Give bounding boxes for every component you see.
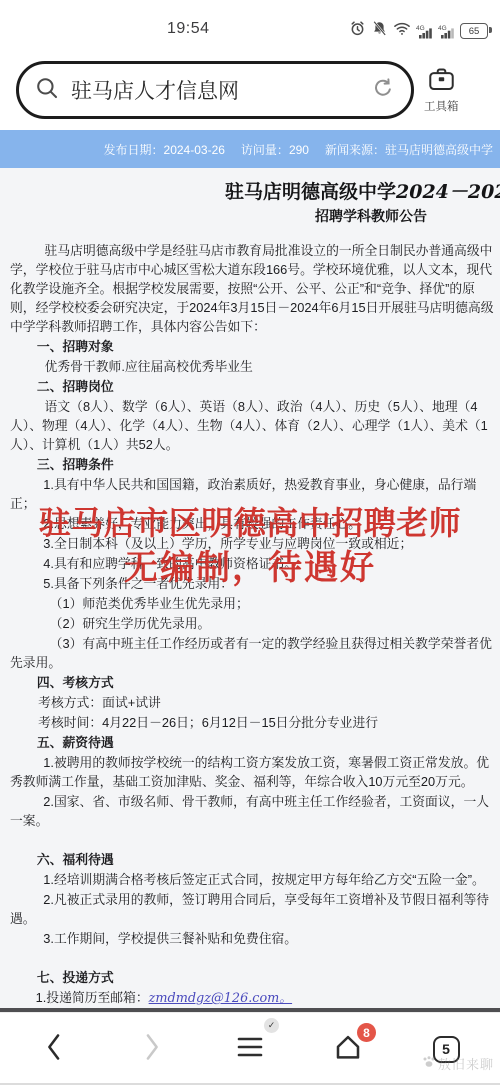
doc-line-text: 2.凡被正式录用的教师，签订聘用合同后，享受每年工资增补及节假日福利等待遇。	[10, 892, 489, 926]
alarm-icon	[349, 20, 366, 42]
doc-line-text: 1.被聘用的教师按学校统一的结构工资方案发放工资，寒暑假工资正常发放。优秀教师满…	[10, 755, 489, 789]
doc-line-text: 三、招聘条件	[37, 457, 114, 472]
notification-muted-icon	[371, 20, 388, 42]
doc-line: 2.凡被正式录用的教师，签订聘用合同后，享受每年工资增补及节假日福利等待遇。	[10, 890, 499, 929]
doc-line: 七、投递方式	[10, 968, 499, 988]
mobile-browser-screen: { "colors": { "info_bar_bg": "#86b4ec", …	[0, 0, 500, 1085]
watermark: 敖旧来聊	[422, 1054, 494, 1073]
doc-line-text: 优秀骨干教师.应往届高校优秀毕业生	[45, 359, 253, 374]
doc-line	[10, 949, 499, 968]
doc-line: 二、招聘岗位	[10, 377, 499, 397]
toolbox-icon	[427, 66, 456, 97]
search-query-text: 驻马店人才信息网	[71, 75, 371, 105]
toolbox-label: 工具箱	[424, 98, 459, 114]
doc-line-text: 七、投递方式	[37, 970, 114, 985]
doc-line: 1.投递简历至邮箱：zmdmdgz@126.com。	[10, 988, 499, 1008]
doc-body: 驻马店明德高级中学是经驻马店市教育局批准设立的一所全日制民办普通高级中学，学校位…	[10, 241, 499, 1012]
overlay-line2: 无编制，待遇好	[0, 546, 500, 590]
doc-line-text: （2）研究生学历优先录用。	[50, 616, 211, 631]
refresh-icon[interactable]	[371, 76, 395, 105]
back-button[interactable]	[32, 1027, 76, 1071]
doc-title-years: 2024－2025	[396, 181, 500, 203]
doc-line: 优秀骨干教师.应往届高校优秀毕业生	[10, 357, 499, 377]
battery-level-text: 65	[469, 26, 480, 37]
doc-line: 1.经培训期满合格考核后签定正式合同，按规定甲方每年给乙方交“五险一金”。	[10, 870, 499, 890]
doc-title-school: 驻马店明德高级中学	[225, 182, 396, 203]
signal-sim2-icon: 4G	[438, 24, 455, 39]
doc-line-text: 语文（8人）、数学（6人）、英语（8人）、政治（4人）、历史（5人）、地理（4人…	[10, 399, 488, 452]
doc-line: （3）有高中班主任工作经历或者有一定的教学经验且获得过相关教学荣誉者优先录用。	[10, 634, 499, 673]
doc-line: 1.被聘用的教师按学校统一的结构工资方案发放工资，寒暑假工资正常发放。优秀教师满…	[10, 753, 499, 792]
doc-line-text: 1.投递简历至邮箱：	[36, 990, 149, 1005]
article-info-bar: 发布日期：2024-03-26 访问量：290 新闻来源：驻马店明德高级中学	[0, 130, 500, 168]
home-badge: 8	[357, 1023, 376, 1042]
doc-line-text: 1.经培训期满合格考核后签定正式合同，按规定甲方每年给乙方交“五险一金”。	[43, 872, 485, 887]
doc-line: （1）师范类优秀毕业生优先录用；	[10, 594, 499, 614]
doc-line: 3.工作期间，学校提供三餐补贴和免费住宿。	[10, 929, 499, 949]
home-button[interactable]: 8	[326, 1027, 370, 1071]
red-overlay-text: 驻马店市区明德高中招聘老师 无编制，待遇好	[0, 501, 500, 590]
doc-line: 一、招聘对象	[10, 337, 499, 357]
doc-line-text: 二、招聘岗位	[37, 379, 114, 394]
doc-line-text: 驻马店明德高级中学是经驻马店市教育局批准设立的一所全日制民办普通高级中学，学校位…	[10, 243, 494, 334]
menu-check-badge: ✓	[264, 1018, 279, 1033]
doc-line: 语文（8人）、数学（6人）、英语（8人）、政治（4人）、历史（5人）、地理（4人…	[10, 397, 499, 455]
doc-line: 三、招聘条件	[10, 455, 499, 475]
doc-line-text: 六、福利待遇	[37, 852, 114, 867]
doc-line-text: 考核时间：4月22日－26日；6月12日－15日分批分专业进行	[38, 715, 378, 730]
doc-line-text: 2.国家、省、市级名师、骨干教师，有高中班主任工作经验者，工资面议，一人一案。	[10, 794, 489, 828]
doc-line: 考核方式：面试+试讲	[10, 693, 499, 713]
wifi-icon	[393, 21, 411, 41]
status-icons: 4G 4G 65	[349, 20, 488, 42]
doc-line: 六、福利待遇	[10, 850, 499, 870]
menu-icon	[236, 1035, 264, 1064]
publish-date: 发布日期：2024-03-26	[104, 141, 225, 158]
browser-toolbar: 驻马店人才信息网 工具箱	[0, 50, 500, 130]
status-bar: 19:54 4G	[0, 0, 500, 50]
doc-line: 四、考核方式	[10, 673, 499, 693]
forward-icon	[139, 1032, 165, 1067]
doc-line-text: 四、考核方式	[37, 675, 114, 690]
announcement-document: 驻马店明德高级中学2024－2025 招聘学科教师公告 驻马店明德高级中学是经驻…	[0, 168, 500, 1012]
battery-indicator: 65	[460, 23, 488, 39]
clock-text: 19:54	[167, 20, 210, 38]
doc-line-text: （1）师范类优秀毕业生优先录用；	[50, 596, 249, 611]
svg-text:4G: 4G	[438, 25, 447, 32]
overlay-line1: 驻马店市区明德高中招聘老师	[0, 501, 500, 546]
news-source: 新闻来源：驻马店明德高级中学	[325, 141, 493, 158]
toolbox-button[interactable]: 工具箱	[424, 66, 459, 114]
doc-line: （2）研究生学历优先录用。	[10, 614, 499, 634]
search-input[interactable]: 驻马店人才信息网	[16, 61, 414, 119]
signal-sim1-icon: 4G	[416, 24, 433, 39]
menu-button[interactable]: ✓	[228, 1027, 272, 1071]
doc-line-text: 3.工作期间，学校提供三餐补贴和免费住宿。	[43, 931, 297, 946]
doc-line-text: 考核方式：面试+试讲	[38, 695, 161, 710]
search-icon	[34, 75, 60, 106]
doc-line: 驻马店明德高级中学是经驻马店市教育局批准设立的一所全日制民办普通高级中学，学校位…	[10, 241, 499, 337]
visit-count: 访问量：290	[241, 141, 309, 158]
bottom-nav-bar: ✓ 8 5 敖旧来聊	[0, 1012, 500, 1085]
doc-line	[10, 831, 499, 850]
forward-button[interactable]	[130, 1027, 174, 1071]
back-icon	[41, 1032, 67, 1067]
doc-title-line1: 驻马店明德高级中学2024－2025	[225, 180, 500, 205]
doc-line: 2.国家、省、市级名师、骨干教师，有高中班主任工作经验者，工资面议，一人一案。	[10, 792, 499, 831]
svg-text:4G: 4G	[416, 25, 425, 32]
doc-line: 五、薪资待遇	[10, 733, 499, 753]
doc-line-text: 一、招聘对象	[37, 339, 114, 354]
paw-icon	[422, 1055, 436, 1072]
doc-line-text: 五、薪资待遇	[37, 735, 114, 750]
doc-title-line2: 招聘学科教师公告	[315, 205, 500, 227]
doc-line-text: （3）有高中班主任工作经历或者有一定的教学经验且获得过相关教学荣誉者优先录用。	[10, 636, 492, 670]
email-link[interactable]: zmdmdgz@126.com。	[149, 991, 292, 1006]
watermark-text: 敖旧来聊	[438, 1054, 494, 1073]
doc-line: 考核时间：4月22日－26日；6月12日－15日分批分专业进行	[10, 713, 499, 733]
